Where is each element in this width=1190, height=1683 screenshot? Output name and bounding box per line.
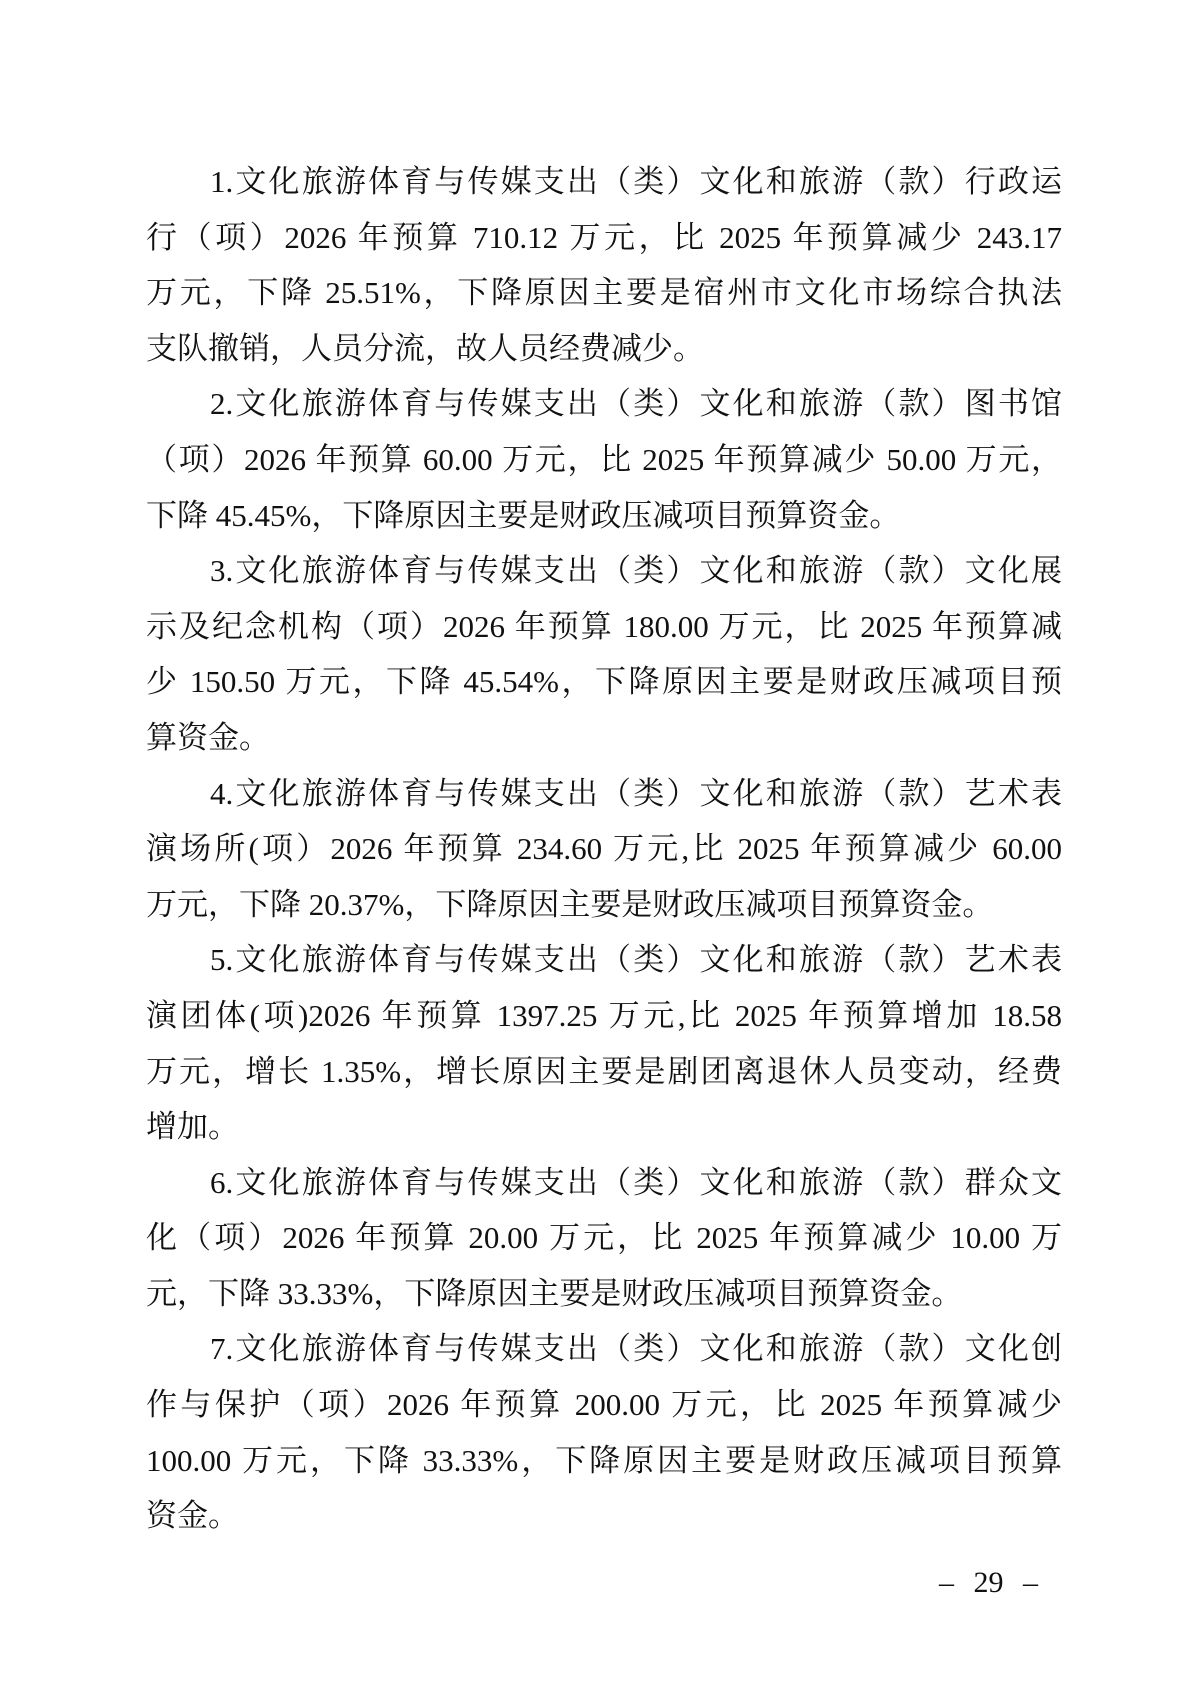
paragraph-5-line-4: 增加。 <box>146 1099 1062 1155</box>
paragraph-3-line-1: 3.文化旅游体育与传媒支出（类）文化和旅游（款）文化展 <box>146 543 1062 599</box>
document-body: 1.文化旅游体育与传媒支出（类）文化和旅游（款）行政运 行（项）2026 年预算… <box>146 154 1062 1544</box>
paragraph-7-line-4: 资金。 <box>146 1488 1062 1544</box>
page-number: – 29 – <box>939 1565 1038 1601</box>
paragraph-4-line-2: 演场所(项）2026 年预算 234.60 万元,比 2025 年预算减少 60… <box>146 821 1062 877</box>
paragraph-7-line-3: 100.00 万元，下降 33.33%，下降原因主要是财政压减项目预算 <box>146 1433 1062 1489</box>
paragraph-4-line-1: 4.文化旅游体育与传媒支出（类）文化和旅游（款）艺术表 <box>146 766 1062 822</box>
paragraph-4-line-3: 万元，下降 20.37%，下降原因主要是财政压减项目预算资金。 <box>146 877 1062 933</box>
paragraph-7-line-2: 作与保护（项）2026 年预算 200.00 万元，比 2025 年预算减少 <box>146 1377 1062 1433</box>
paragraph-1: 1.文化旅游体育与传媒支出（类）文化和旅游（款）行政运 行（项）2026 年预算… <box>146 154 1062 376</box>
paragraph-7: 7.文化旅游体育与传媒支出（类）文化和旅游（款）文化创 作与保护（项）2026 … <box>146 1321 1062 1543</box>
paragraph-5-line-1: 5.文化旅游体育与传媒支出（类）文化和旅游（款）艺术表 <box>146 932 1062 988</box>
paragraph-3-line-4: 算资金。 <box>146 710 1062 766</box>
paragraph-3-line-3: 少 150.50 万元，下降 45.54%，下降原因主要是财政压减项目预 <box>146 654 1062 710</box>
paragraph-1-line-3: 万元，下降 25.51%，下降原因主要是宿州市文化市场综合执法 <box>146 265 1062 321</box>
document-page: 1.文化旅游体育与传媒支出（类）文化和旅游（款）行政运 行（项）2026 年预算… <box>0 0 1190 1683</box>
paragraph-1-line-4: 支队撤销，人员分流，故人员经费减少。 <box>146 321 1062 377</box>
paragraph-6-line-3: 元，下降 33.33%，下降原因主要是财政压减项目预算资金。 <box>146 1266 1062 1322</box>
paragraph-4: 4.文化旅游体育与传媒支出（类）文化和旅游（款）艺术表 演场所(项）2026 年… <box>146 766 1062 933</box>
paragraph-1-line-1: 1.文化旅游体育与传媒支出（类）文化和旅游（款）行政运 <box>146 154 1062 210</box>
paragraph-2: 2.文化旅游体育与传媒支出（类）文化和旅游（款）图书馆 （项）2026 年预算 … <box>146 376 1062 543</box>
paragraph-6-line-1: 6.文化旅游体育与传媒支出（类）文化和旅游（款）群众文 <box>146 1155 1062 1211</box>
paragraph-5: 5.文化旅游体育与传媒支出（类）文化和旅游（款）艺术表 演团体(项)2026 年… <box>146 932 1062 1154</box>
paragraph-7-line-1: 7.文化旅游体育与传媒支出（类）文化和旅游（款）文化创 <box>146 1321 1062 1377</box>
paragraph-5-line-2: 演团体(项)2026 年预算 1397.25 万元,比 2025 年预算增加 1… <box>146 988 1062 1044</box>
paragraph-5-line-3: 万元，增长 1.35%，增长原因主要是剧团离退休人员变动，经费 <box>146 1044 1062 1100</box>
paragraph-2-line-1: 2.文化旅游体育与传媒支出（类）文化和旅游（款）图书馆 <box>146 376 1062 432</box>
paragraph-2-line-3: 下降 45.45%，下降原因主要是财政压减项目预算资金。 <box>146 488 1062 544</box>
paragraph-6-line-2: 化（项）2026 年预算 20.00 万元，比 2025 年预算减少 10.00… <box>146 1210 1062 1266</box>
paragraph-3: 3.文化旅游体育与传媒支出（类）文化和旅游（款）文化展 示及纪念机构（项）202… <box>146 543 1062 765</box>
paragraph-2-line-2: （项）2026 年预算 60.00 万元，比 2025 年预算减少 50.00 … <box>146 432 1062 488</box>
paragraph-1-line-2: 行（项）2026 年预算 710.12 万元，比 2025 年预算减少 243.… <box>146 210 1062 266</box>
paragraph-3-line-2: 示及纪念机构（项）2026 年预算 180.00 万元，比 2025 年预算减 <box>146 599 1062 655</box>
paragraph-6: 6.文化旅游体育与传媒支出（类）文化和旅游（款）群众文 化（项）2026 年预算… <box>146 1155 1062 1322</box>
